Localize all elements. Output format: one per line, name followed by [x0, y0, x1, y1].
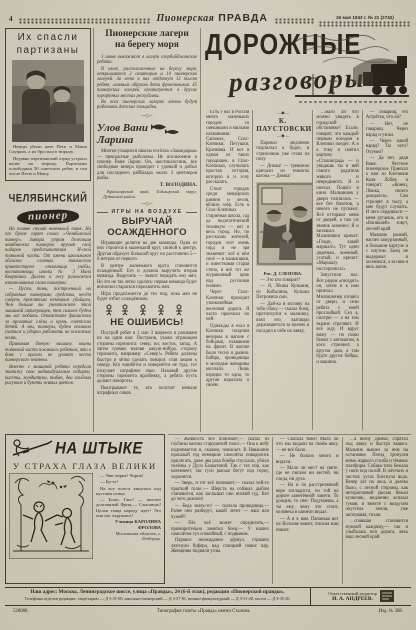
camps-text: 1 июня выезжают в лагери азербайджанские…	[97, 55, 197, 111]
byline-ornament-bottom: —◆—	[256, 134, 309, 139]
ornament-rule-left	[19, 18, 150, 24]
newspaper-page: 4 Пионерская ПРАВДА 26 мая 1943 г. № 21 …	[0, 0, 416, 630]
bottom-section: НА ШТЫКЕ У СТРАХА ГЛАЗА ВЕЛИКИ	[5, 434, 411, 584]
print-code: 528080.	[13, 609, 29, 614]
fear-story-body: — Чик-чирик! Чирик! — Бр-чт! На все голо…	[9, 473, 161, 559]
column-4: — Товарищ, это Астрётка, что ли? — Нет, …	[362, 110, 411, 430]
road-talks-columns: Есть у нас в России много маленьких горо…	[203, 110, 411, 430]
divider-ornament: ─◇─	[97, 113, 197, 119]
train-interior-illustration: Рис. Д. СЛЕПОВА.	[256, 182, 309, 276]
editor-name: И. А. АНДРЕЕВ.	[328, 596, 377, 602]
footer-editor-block: Ответственный редактор И. А. АНДРЕЕВ.	[310, 588, 411, 605]
ornament-rule-right	[319, 21, 411, 27]
games-section-header: ИГРЫ НА ВОЗДУХЕ	[97, 209, 197, 215]
printer-name: Типография газеты «Правда» имени Сталина…	[157, 609, 251, 614]
road-talks-article: ДОРОЖНЫЕ разговоры	[203, 28, 411, 432]
fear-story-signature: Ученица КАРОЛИНА ФРОЛОВА	[96, 519, 161, 530]
bayonet-masthead: НА ШТЫКЕ	[9, 437, 161, 459]
road-talks-headline: ДОРОЖНЫЕ разговоры	[203, 28, 411, 110]
column-1: Есть у нас в России много маленьких горо…	[203, 110, 252, 430]
article-saved-by-partisans: Их спасли партизаны Немцы убили мать Пет…	[5, 28, 91, 181]
fish-doodle-icon	[150, 121, 184, 137]
fear-story-text: — Чик-чирик! Чирик! — Бр-чт! На все голо…	[96, 473, 161, 559]
footer-phones: Телефоны отделов редакции: секретариат —…	[9, 597, 306, 602]
catch-article-header: Улов Вани Ларина	[97, 121, 197, 149]
game2-title: НЕ ОШИБИСЬ!	[97, 317, 197, 328]
bayonet-rifle-icon	[9, 437, 53, 459]
catch-title: Улов Вани Ларина	[97, 122, 148, 147]
bayonet-masthead-text: НА ШТЫКЕ	[55, 439, 143, 458]
masthead: Пионерская ПРАВДА	[154, 8, 271, 27]
tank-icon: пионер	[17, 209, 80, 225]
continuation-column-2: — Сказала тоже! Мало ли что мы видали на…	[272, 437, 342, 584]
left-column: Их спасли партизаны Немцы убили мать Пет…	[5, 28, 91, 432]
game1-text: Играющие делятся на две команды. Одна из…	[97, 241, 197, 302]
continuation-column-3: …а внизу Димка, спрятал под лавку и быст…	[342, 437, 412, 584]
logo-caps: ЧЕЛЯБИНСКИЙ	[9, 192, 88, 205]
byline-block: —◆— К. ПАУСТОВСКИЙ —◆—	[256, 111, 309, 138]
author-byline: К. ПАУСТОВСКИЙ	[256, 117, 309, 133]
road-talks-continuation: — Живность всё понимает,— сказал из глуб…	[168, 434, 411, 584]
bayonet-box: НА ШТЫКЕ У СТРАХА ГЛАЗА ВЕЛИКИ	[5, 434, 165, 584]
players-doodle	[101, 303, 193, 316]
masthead-script: Пионерская	[157, 13, 215, 24]
train-illustration	[293, 28, 411, 108]
column-3: …мало ли что можно увидеть в городской о…	[312, 110, 361, 430]
page-header: 4 Пионерская ПРАВДА 26 мая 1943 г. № 21 …	[5, 3, 411, 27]
fear-story-title: У СТРАХА ГЛАЗА ВЕЛИКИ	[9, 461, 161, 471]
camps-title: Пионерские лагери на берегу моря	[97, 29, 197, 52]
article-title: Их спасли партизаны	[9, 32, 87, 57]
fear-story-location: Московская область, г. Люберцы.	[96, 531, 161, 542]
catch-location: Красноярский край, Таймырский округ, Дуд…	[103, 189, 197, 200]
byline-ornament-top: —◆—	[256, 111, 309, 116]
game1-title: ВЫРУЧАЙ ОСАЖДЕННОГО	[97, 216, 197, 239]
footer-address-block: Наш адрес: Москва, Ленинградское шоссе, …	[5, 588, 310, 605]
masthead-block: ПРАВДА	[218, 12, 268, 24]
second-column: Пионерские лагери на берегу моря 1 июня …	[93, 28, 201, 432]
page-number: 4	[5, 15, 15, 27]
stamp-icon	[380, 590, 394, 602]
cartoon-sketch	[9, 473, 93, 559]
footer-bottom-row: 528080. Типография газеты «Правда» имени…	[5, 606, 411, 614]
issue-info-block: 26 мая 1943 г. № 21 (2742)	[319, 15, 411, 27]
chelyabinsk-pioneer-text: На поляне стоит новенький танк. На его б…	[5, 227, 91, 387]
illustration-caption: Рис. Д. СЛЕПОВА.	[256, 271, 309, 276]
divider-ornament: ─◇─	[97, 201, 197, 207]
photo-caption: Немцы убили мать Пети и Маши Слуцких, а …	[9, 144, 87, 177]
column-2: —◆— К. ПАУСТОВСКИЙ —◆— Паровоз медленно …	[252, 110, 312, 430]
ornament-rule-mid	[275, 18, 315, 24]
children-photo	[12, 60, 84, 142]
catch-text: Многие учащиеся школы посёлка «Закандарь…	[97, 149, 197, 181]
main-content: Их спасли партизаны Немцы убили мать Пет…	[5, 28, 411, 432]
game2-text: Построй ребят в 2 или 3 шеренги и разомк…	[97, 331, 197, 397]
chelyabinsk-pioneer-logo: ЧЕЛЯБИНСКИЙ пионер	[5, 188, 91, 224]
footer-strip: Наш адрес: Москва, Ленинградское шоссе, …	[5, 587, 411, 606]
continuation-column-1: — Живность всё понимает,— сказал из глуб…	[168, 437, 272, 584]
edition-number: Изд. № 388.	[379, 609, 403, 614]
